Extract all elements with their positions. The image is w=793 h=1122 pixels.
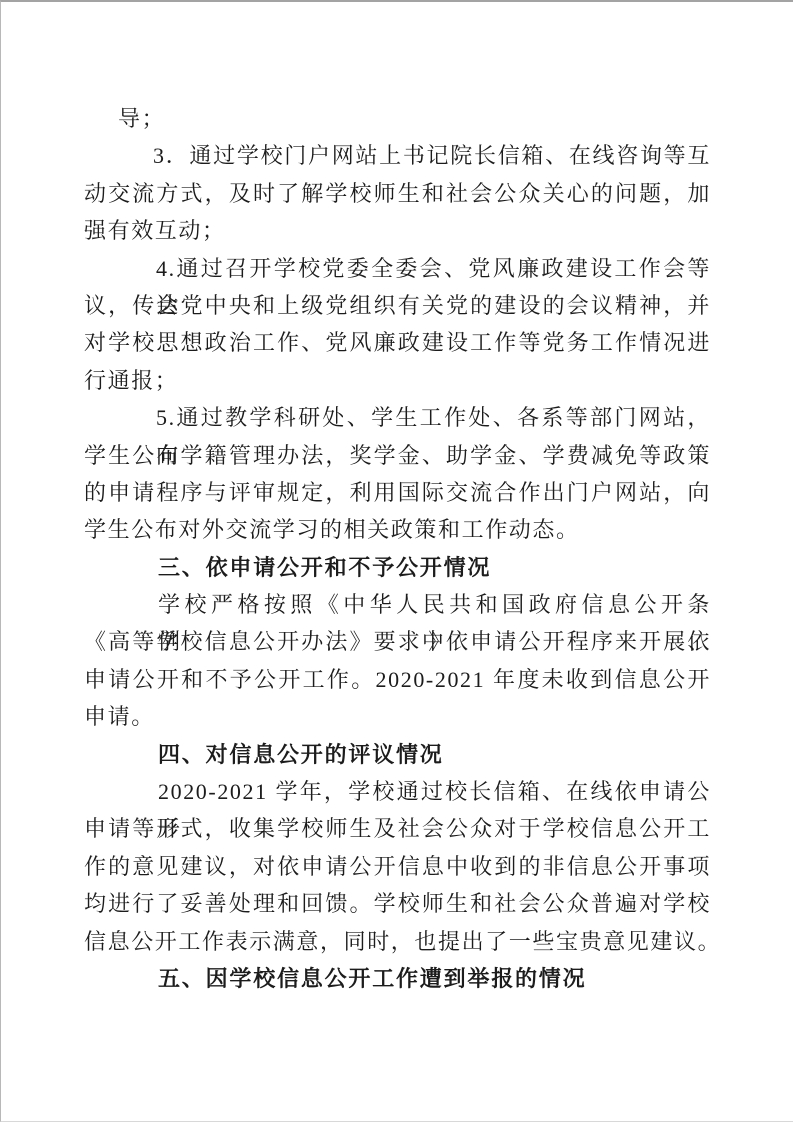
text-line: 信息公开工作表示满意，同时，也提出了一些宝贵意见建议。: [84, 923, 711, 960]
text-line: 学校严格按照《中华人民共和国政府信息公开条例》、: [84, 586, 711, 623]
text-line: 申请。: [84, 698, 711, 735]
document-text-block: 导；3．通过学校门户网站上书记院长信箱、在线咨询等互动交流方式，及时了解学校师生…: [84, 100, 711, 997]
text-line: 议，传达党中央和上级党组织有关党的建设的会议精神，并: [84, 287, 711, 324]
text-line: 动交流方式，及时了解学校师生和社会公众关心的问题，加: [84, 175, 711, 212]
text-line: 2020-2021 学年，学校通过校长信箱、在线依申请公开: [84, 773, 711, 810]
text-line: 均进行了妥善处理和回馈。学校师生和社会公众普遍对学校: [84, 885, 711, 922]
text-line: 申请公开和不予公开工作。2020-2021 年度未收到信息公开: [84, 661, 711, 698]
text-line: 学生公布对外交流学习的相关政策和工作动态。: [84, 511, 711, 548]
document-page: 导；3．通过学校门户网站上书记院长信箱、在线咨询等互动交流方式，及时了解学校师生…: [0, 0, 793, 1122]
text-line: 的申请程序与评审规定，利用国际交流合作出门户网站，向: [84, 474, 711, 511]
text-line: 学生公布学籍管理办法，奖学金、助学金、学费减免等政策: [84, 437, 711, 474]
text-line: 作的意见建议，对依申请公开信息中收到的非信息公开事项: [84, 848, 711, 885]
text-line: 对学校思想政治工作、党风廉政建设工作等党务工作情况进: [84, 324, 711, 361]
text-line: 3．通过学校门户网站上书记院长信箱、在线咨询等互: [84, 137, 711, 174]
text-line: 申请等形式，收集学校师生及社会公众对于学校信息公开工: [84, 810, 711, 847]
text-line: 4.通过召开学校党委全委会、党风廉政建设工作会等会: [84, 250, 711, 287]
text-line: 强有效互动；: [84, 212, 711, 249]
section-heading: 五、因学校信息公开工作遭到举报的情况: [84, 960, 711, 997]
text-line: 行通报；: [84, 362, 711, 399]
section-heading: 三、依申请公开和不予公开情况: [84, 549, 711, 586]
section-heading: 四、对信息公开的评议情况: [84, 736, 711, 773]
text-line: 导；: [84, 100, 711, 137]
text-line: 5.通过教学科研处、学生工作处、各系等部门网站，向: [84, 399, 711, 436]
text-line: 《高等学校信息公开办法》要求中依申请公开程序来开展依: [84, 623, 711, 660]
